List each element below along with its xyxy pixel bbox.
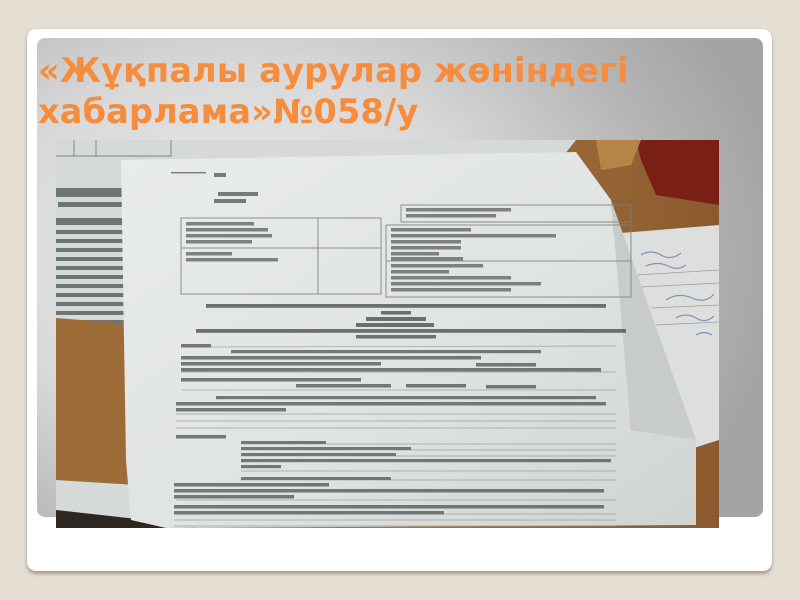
slide-title-line-2: хабарлама»№058/у [38, 91, 738, 132]
document-photo [56, 140, 719, 528]
slide-title-line-1: «Жұқпалы аурулар жөніндегі [38, 50, 738, 91]
slide-title: «Жұқпалы аурулар жөніндегі хабарлама»№05… [38, 50, 738, 132]
document-photo-drawing [56, 140, 719, 528]
